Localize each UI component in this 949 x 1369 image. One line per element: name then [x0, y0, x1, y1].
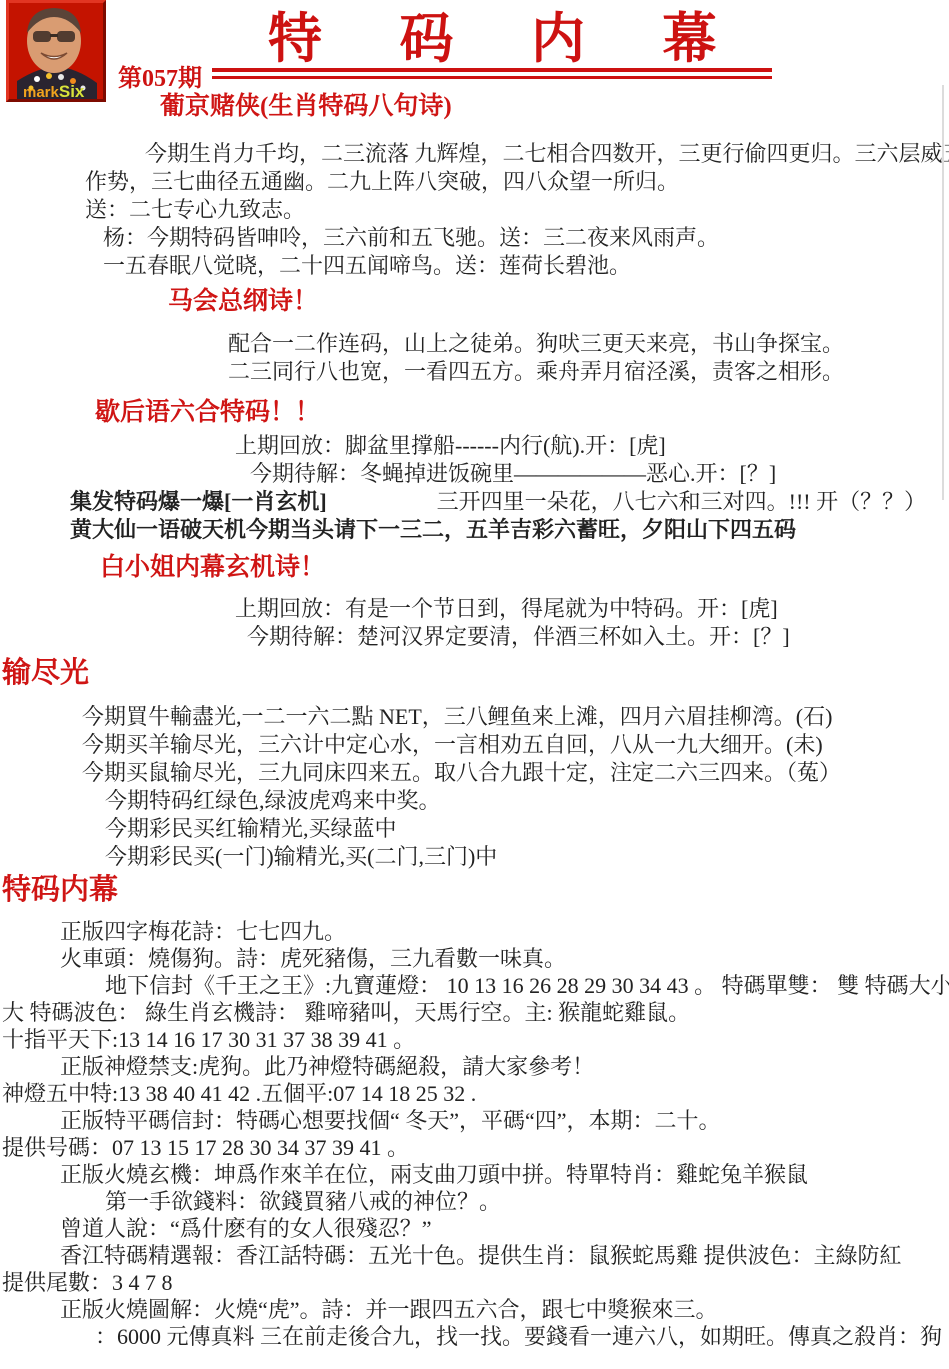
shujinguang-heading: 输尽光 — [2, 656, 949, 690]
section-baixiaojie: 白小姐内幕玄机诗！ 上期回放：有是一个节日到，得尾就为中特码。开：[虎] 今期待… — [0, 553, 949, 651]
baixiaojie-current-line: 今期待解：楚河汉界定要清，伴酒三杯如入土。开：[？] — [247, 623, 949, 651]
jifa-line: 集发特码爆一爆[一肖玄机]三开四里一朵花，八七六和三对四。!!! 开（？？） — [70, 488, 949, 516]
huangdaxian-line: 黄大仙一语破天机今期当头请下一三二，五羊吉彩六蓄旺，夕阳山下四五码 — [70, 516, 949, 544]
mahui-line: 二三同行八也宽，一看四五方。乘舟弄月宿泾溪，责客之相形。 — [228, 358, 949, 386]
marksix-logo: markSix — [6, 0, 106, 102]
temaneimu-line: 大 特碼波色： 綠生肖玄機詩： 雞啼豬叫，天馬行空。主: 猴龍蛇雞鼠。 — [2, 999, 949, 1026]
scan-artifact-line — [942, 85, 944, 500]
section-shujinguang: 输尽光 今期買牛輸盡光,一二一六二點 NET，三八鲤鱼来上滩，四月六眉挂柳湾。(… — [0, 656, 949, 871]
face-illustration: markSix — [9, 3, 103, 99]
xiehouyu-heading: 歇后语六合特码！！ — [95, 398, 949, 428]
section-pujing: 葡京赌侠(生肖特码八句诗) 今期生肖力千均，二三流落 九辉煌，二七相合四数开，三… — [0, 92, 949, 280]
baixiaojie-heading: 白小姐内幕玄机诗！ — [100, 553, 949, 583]
shujinguang-line: 今期彩民买(一门)输精光,买(二门,三门)中 — [105, 843, 949, 871]
section-mahui: 马会总纲诗！ 配合一二作连码，山上之徒弟。狗吠三更天来亮，书山争探宝。 二三同行… — [0, 287, 949, 386]
mahui-heading: 马会总纲诗！ — [168, 287, 949, 317]
temaneimu-line: 香江特碼精選報：香江話特碼：五光十色。提供生肖：鼠猴蛇馬雞 提供波色：主綠防紅 — [60, 1242, 949, 1269]
jifa-label: 集发特码爆一爆[一肖玄机] — [70, 489, 327, 514]
baixiaojie-last-line: 上期回放：有是一个节日到，得尾就为中特码。开：[虎] — [235, 595, 949, 623]
shujinguang-line: 今期買牛輸盡光,一二一六二點 NET，三八鲤鱼来上滩，四月六眉挂柳湾。(石) — [82, 703, 949, 731]
pujing-line: 送：二七专心九致志。 — [85, 196, 949, 224]
xiehouyu-last-line: 上期回放：脚盆里撑船------内行(航).开：[虎] — [235, 432, 949, 460]
xiehouyu-current-line: 今期待解：冬蝇掉进饭碗里——————恶心.开：[？] — [250, 460, 949, 488]
temaneimu-line: 正版神燈禁支:虎狗。此乃神燈特碼絕殺，請大家參考！ — [60, 1053, 949, 1080]
temaneimu-line: 神燈五中特:13 38 40 41 42 .五個平:07 14 18 25 32… — [2, 1080, 949, 1107]
shujinguang-line: 今期彩民买红输精光,买绿蓝中 — [105, 815, 949, 843]
temaneimu-line: 火車頭：燒傷狗。詩：虎死豬傷，三九看數一味真。 — [60, 945, 949, 972]
title-underline — [212, 68, 772, 79]
temaneimu-line: ：6000 元傳真料 三在前走後合九，找一找。要錢看一連六八，如期旺。傳真之殺肖… — [95, 1323, 949, 1350]
svg-text:markSix: markSix — [23, 82, 85, 99]
temaneimu-line: 第一手欲錢料：欲錢買豬八戒的神位？。 — [105, 1188, 949, 1215]
temaneimu-line: 提供号碼：07 13 15 17 28 30 34 37 39 41 。 — [2, 1134, 949, 1161]
temaneimu-line: 正版火燒圖解：火燒“虎”。詩：并一跟四五六合，跟七中獎猴來三。 — [60, 1296, 949, 1323]
temaneimu-line: 曾道人說：“爲什麽有的女人很殘忍？” — [60, 1215, 949, 1242]
temaneimu-heading: 特码内幕 — [2, 873, 949, 907]
pujing-line: 作势，三七曲径五通幽。二九上阵八突破，四八众望一所归。 — [85, 168, 949, 196]
header: markSix 特 码 内 幕 第057期 — [0, 0, 949, 92]
page-title: 特 码 内 幕 — [268, 10, 719, 69]
temaneimu-line: 正版四字梅花詩：七七四九。 — [60, 918, 949, 945]
section-temaneimu: 特码内幕 正版四字梅花詩：七七四九。 火車頭：燒傷狗。詩：虎死豬傷，三九看數一味… — [0, 873, 949, 1350]
tip-sheet-page: markSix 特 码 内 幕 第057期 葡京赌侠(生肖特码八句诗) 今期生肖… — [0, 0, 949, 1369]
temaneimu-line: 正版火燒玄機：坤爲作來羊在位，兩支曲刀頭中拼。特單特肖：雞蛇兔羊猴鼠 — [60, 1161, 949, 1188]
section-xiehouyu: 歇后语六合特码！！ 上期回放：脚盆里撑船------内行(航).开：[虎] 今期… — [0, 398, 949, 544]
shujinguang-line: 今期买鼠输尽光，三九同床四来五。取八合九跟十定，注定二六三四来。（菟） — [82, 759, 949, 787]
temaneimu-line: 十指平天下:13 14 16 17 30 31 37 38 39 41 。 — [2, 1026, 949, 1053]
pujing-line: 今期生肖力千均，二三流落 九辉煌，二七相合四数开，三更行偷四更归。三六层威五 — [145, 140, 949, 168]
pujing-line: 杨：今期特码皆呻呤，三六前和五飞驰。送：三二夜来风雨声。 — [103, 224, 949, 252]
issue-number: 第057期 — [118, 58, 202, 93]
temaneimu-line: 正版特平碼信封：特碼心想要找個“ 冬天”，平碼“四”，本期：二十。 — [60, 1107, 949, 1134]
pujing-line: 一五春眠八觉晓，二十四五闻啼鸟。送：莲荷长碧池。 — [103, 252, 949, 280]
temaneimu-line: 提供尾數：3 4 7 8 — [2, 1269, 949, 1296]
pujing-heading: 葡京赌侠(生肖特码八句诗) — [160, 92, 949, 122]
temaneimu-line: 地下信封《千王之王》:九寶蓮燈： 10 13 16 26 28 29 30 34… — [105, 972, 949, 999]
jifa-text: 三开四里一朵花，八七六和三对四。!!! 开（？？） — [437, 488, 926, 516]
shujinguang-line: 今期买羊输尽光，三六计中定心水，一言相劝五自回，八从一九大细开。(未) — [82, 731, 949, 759]
mahui-line: 配合一二作连码，山上之徒弟。狗吠三更天来亮，书山争探宝。 — [228, 330, 949, 358]
shujinguang-line: 今期特码红绿色,绿波虎鸡来中奖。 — [105, 787, 949, 815]
